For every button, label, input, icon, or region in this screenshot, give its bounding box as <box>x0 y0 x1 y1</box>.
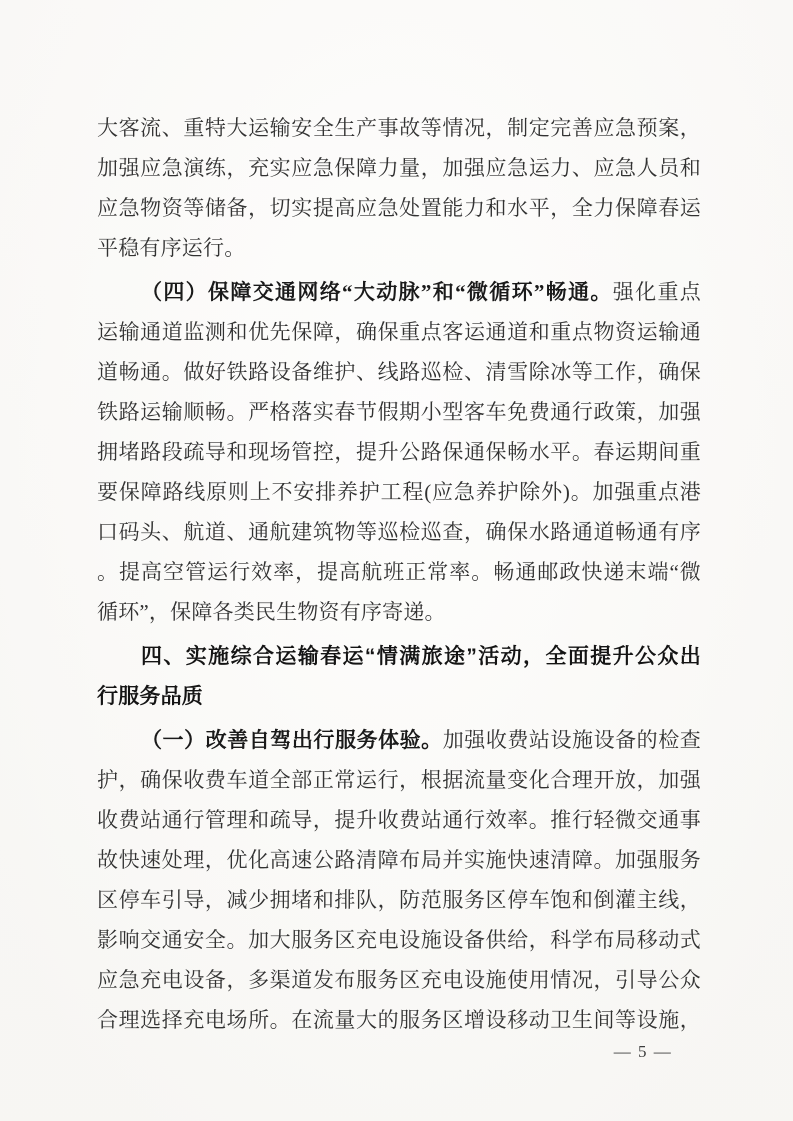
text-line: 。提高空管运行效率，提高航班正常率。畅通邮政快递末端“微 <box>97 552 701 592</box>
body-text: 护，确保收费车道全部正常运行，根据流量变化合理开放，加强 <box>97 768 701 792</box>
body-text: 影响交通安全。加大服务区充电设施设备供给，科学布局移动式 <box>97 928 701 952</box>
heading-text: （一）改善自驾出行服务体验。 <box>141 728 443 752</box>
body-text: 收费站通行管理和疏导，提升收费站通行效率。推行轻微交通事 <box>97 808 701 832</box>
body-text: 道畅通。做好铁路设备维护、线路巡检、清雪除冰等工作，确保 <box>97 360 701 384</box>
text-line: 铁路运输顺畅。严格落实春节假期小型客车免费通行政策，加强 <box>97 392 701 432</box>
body-text: 平稳有序运行。 <box>97 236 245 260</box>
text-line: 口码头、航道、通航建筑物等巡检巡查，确保水路通道畅通有序 <box>97 512 701 552</box>
body-text: 。提高空管运行效率，提高航班正常率。畅通邮政快递末端“微 <box>97 560 701 584</box>
text-line: （一）改善自驾出行服务体验。加强收费站设施设备的检查维 <box>97 720 701 760</box>
body-text: 应急充电设备，多渠道发布服务区充电设施使用情况，引导公众 <box>97 968 701 992</box>
body-text: 加强应急演练，充实应急保障力量，加强应急运力、应急人员和 <box>97 156 701 180</box>
text-line: 护，确保收费车道全部正常运行，根据流量变化合理开放，加强 <box>97 760 701 800</box>
text-line: 合理选择充电场所。在流量大的服务区增设移动卫生间等设施， <box>97 1000 701 1040</box>
body-text: 合理选择充电场所。在流量大的服务区增设移动卫生间等设施， <box>97 1008 701 1032</box>
text-line: 四、实施综合运输春运“情满旅途”活动，全面提升公众出 <box>97 636 701 676</box>
text-line: 行服务品质 <box>97 676 701 716</box>
body-text: 区停车引导，减少拥堵和排队，防范服务区停车饱和倒灌主线， <box>97 888 701 912</box>
text-line: 故快速处理，优化高速公路清障布局并实施快速清障。加强服务 <box>97 840 701 880</box>
body-text: 口码头、航道、通航建筑物等巡检巡查，确保水路通道畅通有序 <box>97 520 701 544</box>
text-line: 运输通道监测和优先保障，确保重点客运通道和重点物资运输通 <box>97 312 701 352</box>
text-line: 要保障路线原则上不安排养护工程(应急养护除外)。加强重点港 <box>97 472 701 512</box>
heading-text: 四、实施综合运输春运“情满旅途”活动，全面提升公众出 <box>141 645 701 668</box>
text-line: 道畅通。做好铁路设备维护、线路巡检、清雪除冰等工作，确保 <box>97 352 701 392</box>
text-line: 加强应急演练，充实应急保障力量，加强应急运力、应急人员和 <box>97 148 701 188</box>
text-line: 拥堵路段疏导和现场管控，提升公路保通保畅水平。春运期间重 <box>97 432 701 472</box>
body-text: 强化重点 <box>613 280 701 304</box>
body-text: 铁路运输顺畅。严格落实春节假期小型客车免费通行政策，加强 <box>97 400 701 424</box>
text-line: 收费站通行管理和疏导，提升收费站通行效率。推行轻微交通事 <box>97 800 701 840</box>
body-text: 拥堵路段疏导和现场管控，提升公路保通保畅水平。春运期间重 <box>97 440 701 464</box>
heading-text: （四）保障交通网络“大动脉”和“微循环”畅通。 <box>141 280 613 304</box>
text-line: 区停车引导，减少拥堵和排队，防范服务区停车饱和倒灌主线， <box>97 880 701 920</box>
text-line: 大客流、重特大运输安全生产事故等情况，制定完善应急预案， <box>97 108 701 148</box>
body-text: 要保障路线原则上不安排养护工程(应急养护除外)。加强重点港 <box>97 480 701 504</box>
body-text: 运输通道监测和优先保障，确保重点客运通道和重点物资运输通 <box>97 320 701 344</box>
page-number: — 5 — <box>608 1040 678 1064</box>
text-line: 应急物资等储备，切实提高应急处置能力和水平，全力保障春运 <box>97 188 701 228</box>
text-line: 平稳有序运行。 <box>97 228 701 268</box>
body-text: 应急物资等储备，切实提高应急处置能力和水平，全力保障春运 <box>97 196 701 220</box>
body-text: 循环”，保障各类民生物资有序寄递。 <box>97 600 446 624</box>
body-text: 故快速处理，优化高速公路清障布局并实施快速清障。加强服务 <box>97 848 701 872</box>
text-line: 影响交通安全。加大服务区充电设施设备供给，科学布局移动式 <box>97 920 701 960</box>
document-page: 大客流、重特大运输安全生产事故等情况，制定完善应急预案，加强应急演练，充实应急保… <box>97 108 701 1040</box>
text-line: 应急充电设备，多渠道发布服务区充电设施使用情况，引导公众 <box>97 960 701 1000</box>
body-text: 大客流、重特大运输安全生产事故等情况，制定完善应急预案， <box>97 116 701 140</box>
heading-text: 行服务品质 <box>97 685 203 708</box>
text-line: 循环”，保障各类民生物资有序寄递。 <box>97 592 701 632</box>
text-line: （四）保障交通网络“大动脉”和“微循环”畅通。强化重点 <box>97 272 701 312</box>
